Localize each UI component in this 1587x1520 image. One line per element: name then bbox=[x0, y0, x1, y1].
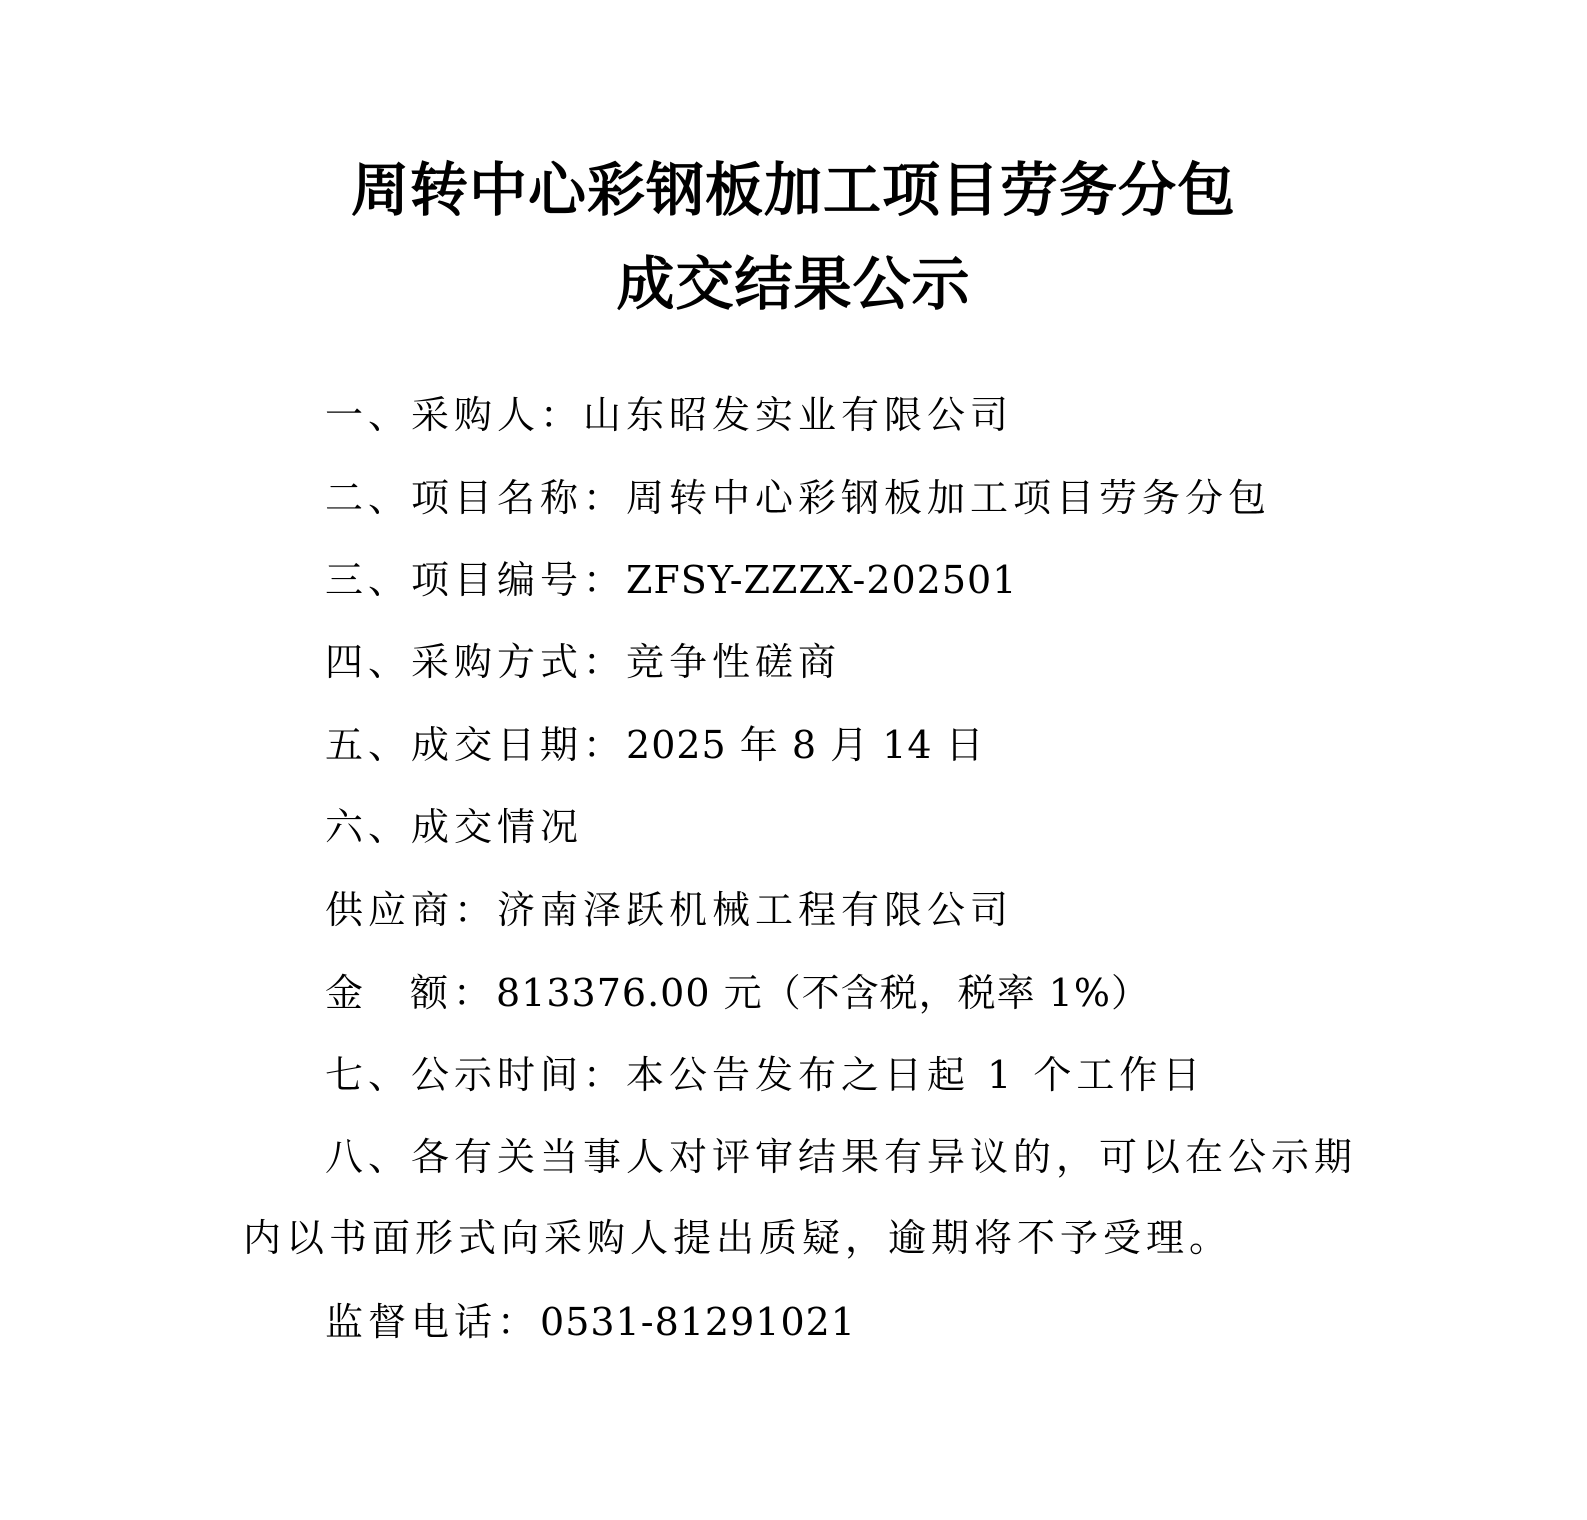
purchaser-label: 一、采购人： bbox=[325, 393, 583, 437]
deal-status-heading: 六、成交情况 bbox=[325, 802, 583, 852]
project-number-line: 三、项目编号：ZFSY-ZZZX-202501 bbox=[325, 555, 1017, 605]
supplier-line: 供应商：济南泽跃机械工程有限公司 bbox=[325, 885, 1013, 935]
amount-line: 金额：813376.00 元（不含税，税率 1%） bbox=[325, 968, 1150, 1018]
objection-paragraph-line-1: 八、各有关当事人对评审结果有异议的，可以在公示期 bbox=[325, 1132, 1357, 1182]
purchaser-value: 山东昭发实业有限公司 bbox=[583, 393, 1013, 437]
amount-value: 813376.00 元（不含税，税率 1%） bbox=[496, 971, 1150, 1015]
project-name-line: 二、项目名称：周转中心彩钢板加工项目劳务分包 bbox=[325, 473, 1271, 523]
amount-label-part-2: 额： bbox=[410, 971, 496, 1015]
deal-date-line: 五、成交日期：2025 年 8 月 14 日 bbox=[325, 720, 985, 770]
supervision-phone-value: 0531-81291021 bbox=[540, 1300, 856, 1344]
supervision-phone-label: 监督电话： bbox=[325, 1300, 540, 1344]
procurement-method-value: 竞争性磋商 bbox=[626, 640, 841, 684]
deal-status-label: 六、成交情况 bbox=[325, 805, 583, 849]
document-title-line-1: 周转中心彩钢板加工项目劳务分包 bbox=[0, 156, 1587, 226]
publicity-period-line: 七、公示时间：本公告发布之日起 1 个工作日 bbox=[325, 1050, 1205, 1100]
objection-paragraph-line-2: 内以书面形式向采购人提出质疑，逾期将不予受理。 bbox=[243, 1213, 1232, 1263]
procurement-method-line: 四、采购方式：竞争性磋商 bbox=[325, 637, 841, 687]
project-name-label: 二、项目名称： bbox=[325, 476, 626, 520]
purchaser-line: 一、采购人：山东昭发实业有限公司 bbox=[325, 390, 1013, 440]
project-number-value: ZFSY-ZZZX-202501 bbox=[626, 558, 1017, 602]
amount-label-part-1: 金 bbox=[325, 971, 368, 1015]
document-title-line-2: 成交结果公示 bbox=[0, 250, 1587, 320]
deal-date-value: 2025 年 8 月 14 日 bbox=[626, 723, 985, 767]
supervision-phone-line: 监督电话：0531-81291021 bbox=[325, 1297, 856, 1347]
publicity-period-value: 本公告发布之日起 1 个工作日 bbox=[626, 1053, 1205, 1097]
procurement-method-label: 四、采购方式： bbox=[325, 640, 626, 684]
project-name-value: 周转中心彩钢板加工项目劳务分包 bbox=[626, 476, 1271, 520]
supplier-value: 济南泽跃机械工程有限公司 bbox=[497, 888, 1013, 932]
project-number-label: 三、项目编号： bbox=[325, 558, 626, 602]
document-page: 周转中心彩钢板加工项目劳务分包 成交结果公示 一、采购人：山东昭发实业有限公司 … bbox=[0, 0, 1587, 1520]
publicity-period-label: 七、公示时间： bbox=[325, 1053, 626, 1097]
deal-date-label: 五、成交日期： bbox=[325, 723, 626, 767]
supplier-label: 供应商： bbox=[325, 888, 497, 932]
